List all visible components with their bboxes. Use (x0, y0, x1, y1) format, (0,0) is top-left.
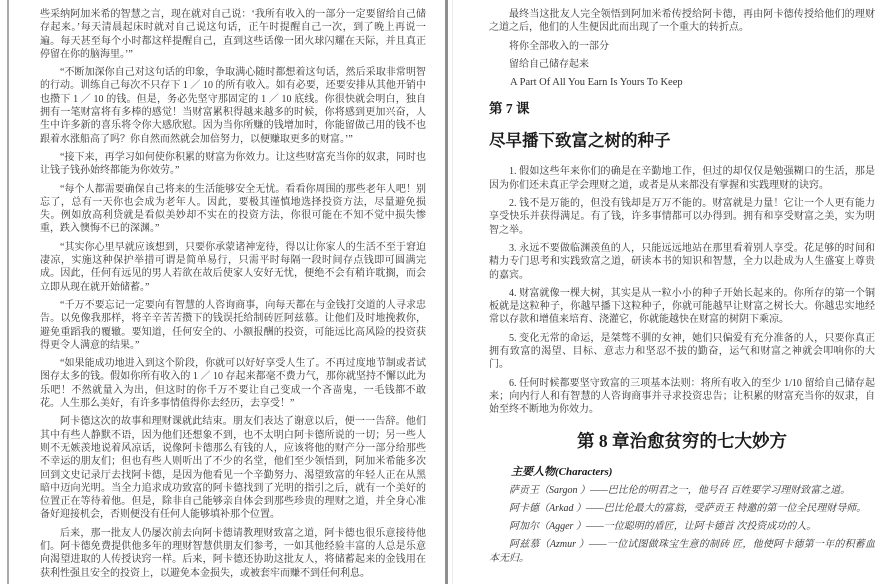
lesson-point: 6. 任何时候都要坚守致富的三项基本法则：将所有收入的至少 1/10 留给自己储… (489, 377, 875, 417)
character-entry: 阿加尔（Agger ）——一位聪明的盾匠，让阿卡德首 次投资成功的人。 (489, 520, 875, 533)
characters-heading: 主要人物(Characters) (489, 465, 875, 479)
lesson-title-heading: 尽早播下致富之树的种子 (489, 130, 875, 152)
paragraph: 阿卡德这次的故事和理财课就此结束。朋友们表达了谢意以后，便一一告辞。他们其中有些… (40, 415, 426, 521)
document-viewer: 些采纳阿加米希的智慧之言，现在就对自己说：‘我所有收入的一部分一定要留给自己储存… (0, 0, 893, 584)
lesson-point: 3. 永远不要做临渊羡鱼的人，只能远远地站在那里看着别人享受。花足够的时间和精力… (489, 242, 875, 282)
page-right: 最终当这批友人完全领悟到阿加米希传授给阿卡德，再由阿卡德传授给他们的理财之道之后… (489, 0, 875, 570)
character-entry: 萨贡王（Sargon ）——巴比伦的明君之一，他号召 百姓要学习理财致富之道。 (489, 484, 875, 497)
lesson-point: 4. 财富就像一棵大树，其实是从一粒小小的种子开始长起来的。你所存的第一个铜板就… (489, 287, 875, 327)
motto-line: 将你全部收入的一部分 (489, 40, 875, 53)
paragraph: 些采纳阿加米希的智慧之言，现在就对自己说：‘我所有收入的一部分一定要留给自己储存… (40, 8, 426, 61)
chapter-heading: 第 8 章治愈贫穷的七大妙方 (489, 429, 875, 453)
paragraph: “如果能成功地进入到这个阶段，你就可以好好享受人生了。不再过度地节制或者试图存太… (40, 357, 426, 410)
paragraph: “不断加深你自己对这句话的印象，争取满心随时都想着这句话，然后采取非常明智的行动… (40, 66, 426, 146)
paragraph: 后来，那一批友人仍屡次前去向阿卡德请教理财致富之道，阿卡德也很乐意接待他们。阿卡… (40, 527, 426, 580)
lesson-point: 1. 假如这些年来你们的确是在辛勤地工作，但过的却仅仅是勉强糊口的生活，那是因为… (489, 165, 875, 192)
paragraph: 最终当这批友人完全领悟到阿加米希传授给阿卡德，再由阿卡德传授给他们的理财之道之后… (489, 8, 875, 35)
window-left-edge-line (7, 0, 9, 584)
paragraph: “其实你心里早就应该想到，只要你承蒙诸神宠待，得以让你家人的生活不至于窘迫凄凉，… (40, 241, 426, 294)
lesson-point: 2. 钱不是万能的，但没有钱却是万万不能的。财富就是力量！它让一个人更有能力享受… (489, 197, 875, 237)
motto-line: 留给自己储存起来 (489, 58, 875, 71)
page-divider-shadow (452, 0, 453, 584)
lesson-point: 5. 变化无常的命运，是桀骜不驯的女神，她们只偏爱有充分准备的人，只要你真正拥有… (489, 332, 875, 372)
character-entry: 阿兹慕（Azmur ）——一位试图做珠宝生意的制砖 匠，他使阿卡德第一年的积蓄血… (489, 538, 875, 565)
page-divider (445, 0, 448, 584)
paragraph: “接下来，再学习如何使你积累的财富为你效力。让这些财富充当你的奴隶，同时也让钱子… (40, 151, 426, 178)
page-left: 些采纳阿加米希的智慧之言，现在就对自己说：‘我所有收入的一部分一定要留给自己储存… (40, 0, 426, 584)
paragraph: “千万不要忘记一定要向有智慧的人咨询商事，向每天都在与金钱打交道的人寻求忠告。以… (40, 299, 426, 352)
motto-english-line: A Part Of All You Earn Is Yours To Keep (489, 76, 875, 89)
lesson-number-heading: 第 7 课 (489, 99, 875, 118)
paragraph: “每个人都需要确保自己将来的生活能够安全无忧。看看你周围的那些老年人吧！别忘了，… (40, 183, 426, 236)
character-entry: 阿卡德（Arkad ）——巴比伦最大的富翁，受萨贡王 特邀的第一位全民理财导师。 (489, 502, 875, 515)
